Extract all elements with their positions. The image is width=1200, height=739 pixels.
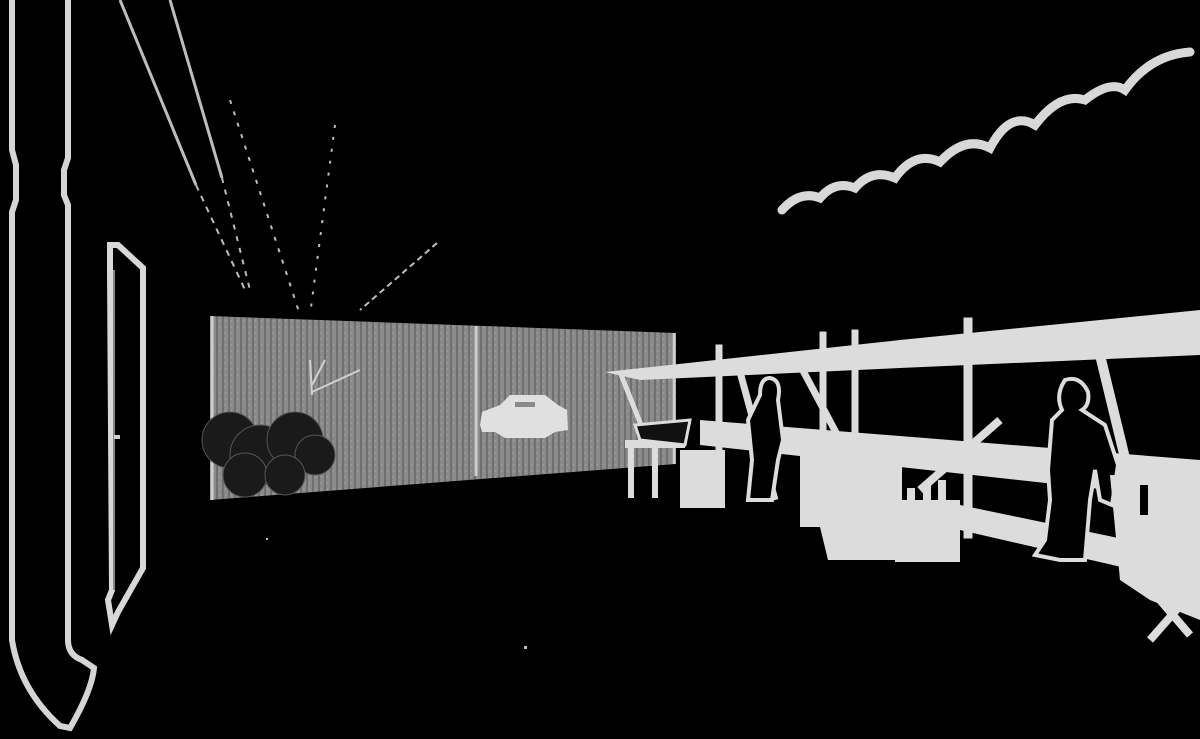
person-right (1035, 379, 1118, 560)
door (108, 245, 143, 625)
debris (266, 538, 527, 649)
crate (800, 447, 902, 560)
person-left (748, 378, 783, 500)
power-lines (120, 0, 437, 315)
foreground-stand (1110, 475, 1200, 640)
downpipe (12, 0, 94, 728)
cloud (782, 52, 1190, 210)
bottles (895, 480, 960, 562)
scene (0, 0, 1200, 739)
